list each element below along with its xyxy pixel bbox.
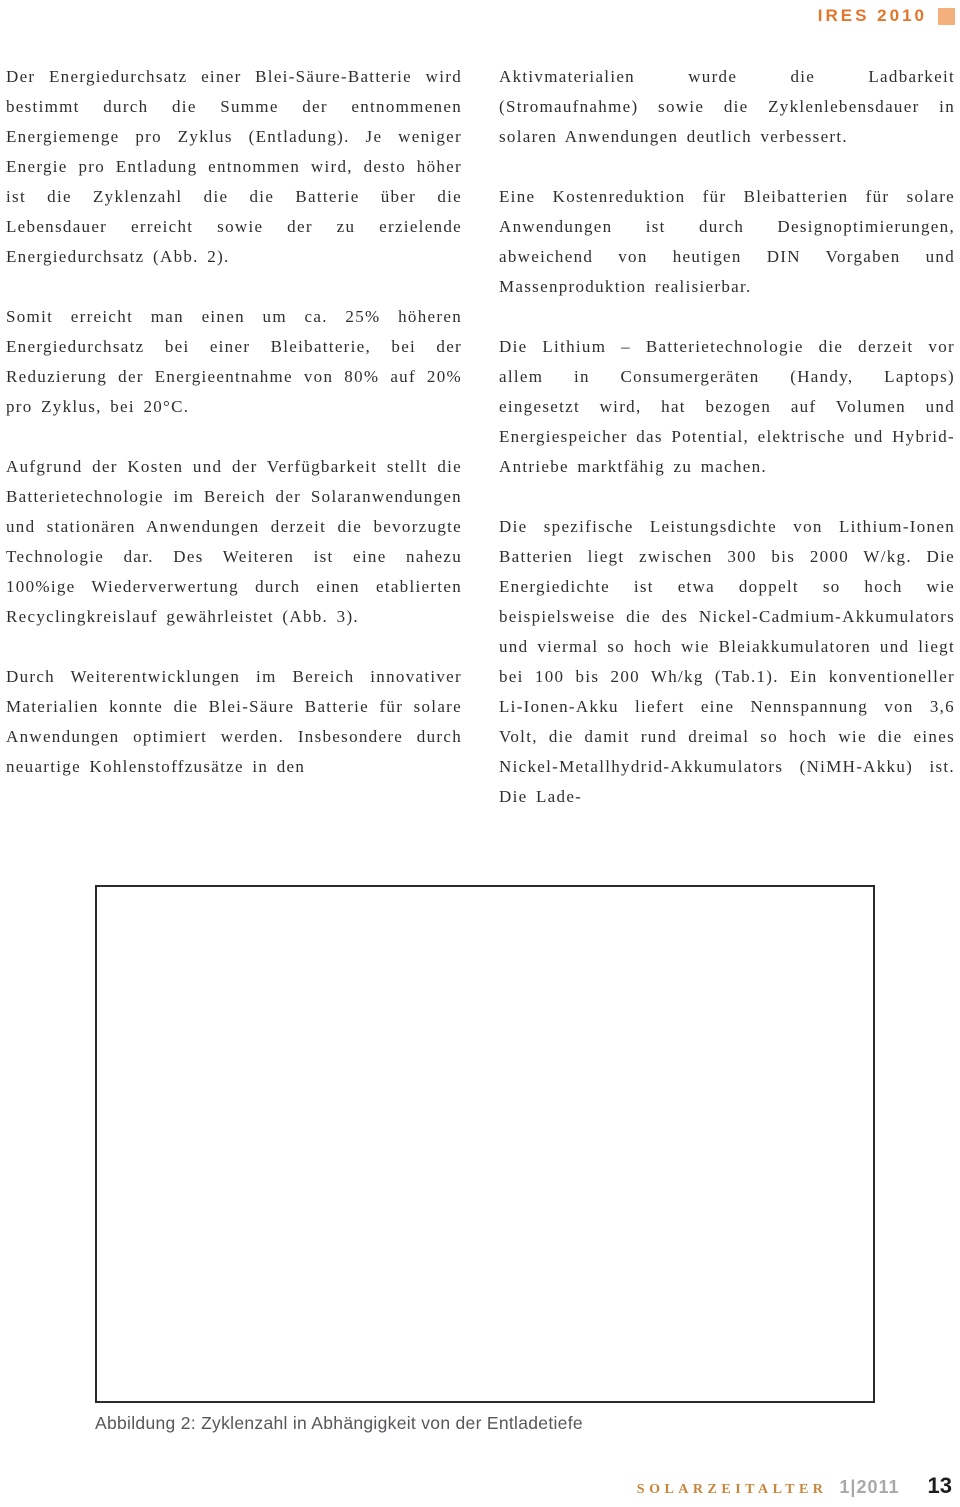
orange-square-icon	[938, 8, 955, 25]
page-footer: SOLARZEITALTER 1|2011 13	[637, 1473, 952, 1499]
figure-2-placeholder	[95, 885, 875, 1403]
right-column: Aktivmaterialien wurde die Ladbarkeit (S…	[499, 62, 955, 812]
body-paragraph: Die spezifische Leistungsdichte von Lith…	[499, 512, 955, 812]
article-body: Der Energiedurchsatz einer Blei-Säure-Ba…	[6, 62, 955, 812]
page-number: 13	[928, 1473, 952, 1499]
issue-number: 1|2011	[839, 1477, 899, 1498]
body-paragraph: Der Energiedurchsatz einer Blei-Säure-Ba…	[6, 62, 462, 272]
body-paragraph: Die Lithium – Batterietechnologie die de…	[499, 332, 955, 482]
body-paragraph: Aufgrund der Kosten und der Verfügbarkei…	[6, 452, 462, 632]
body-paragraph: Somit erreicht man einen um ca. 25% höhe…	[6, 302, 462, 422]
figure-caption: Abbildung 2: Zyklenzahl in Abhängigkeit …	[95, 1413, 583, 1434]
conference-tag-label: IRES 2010	[818, 6, 927, 26]
magazine-name: SOLARZEITALTER	[637, 1482, 828, 1498]
body-paragraph: Aktivmaterialien wurde die Ladbarkeit (S…	[499, 62, 955, 152]
header-conference-tag: IRES 2010	[818, 6, 955, 26]
body-paragraph: Eine Kostenreduktion für Bleibatterien f…	[499, 182, 955, 302]
body-paragraph: Durch Weiterentwicklungen im Bereich inn…	[6, 662, 462, 782]
left-column: Der Energiedurchsatz einer Blei-Säure-Ba…	[6, 62, 462, 812]
